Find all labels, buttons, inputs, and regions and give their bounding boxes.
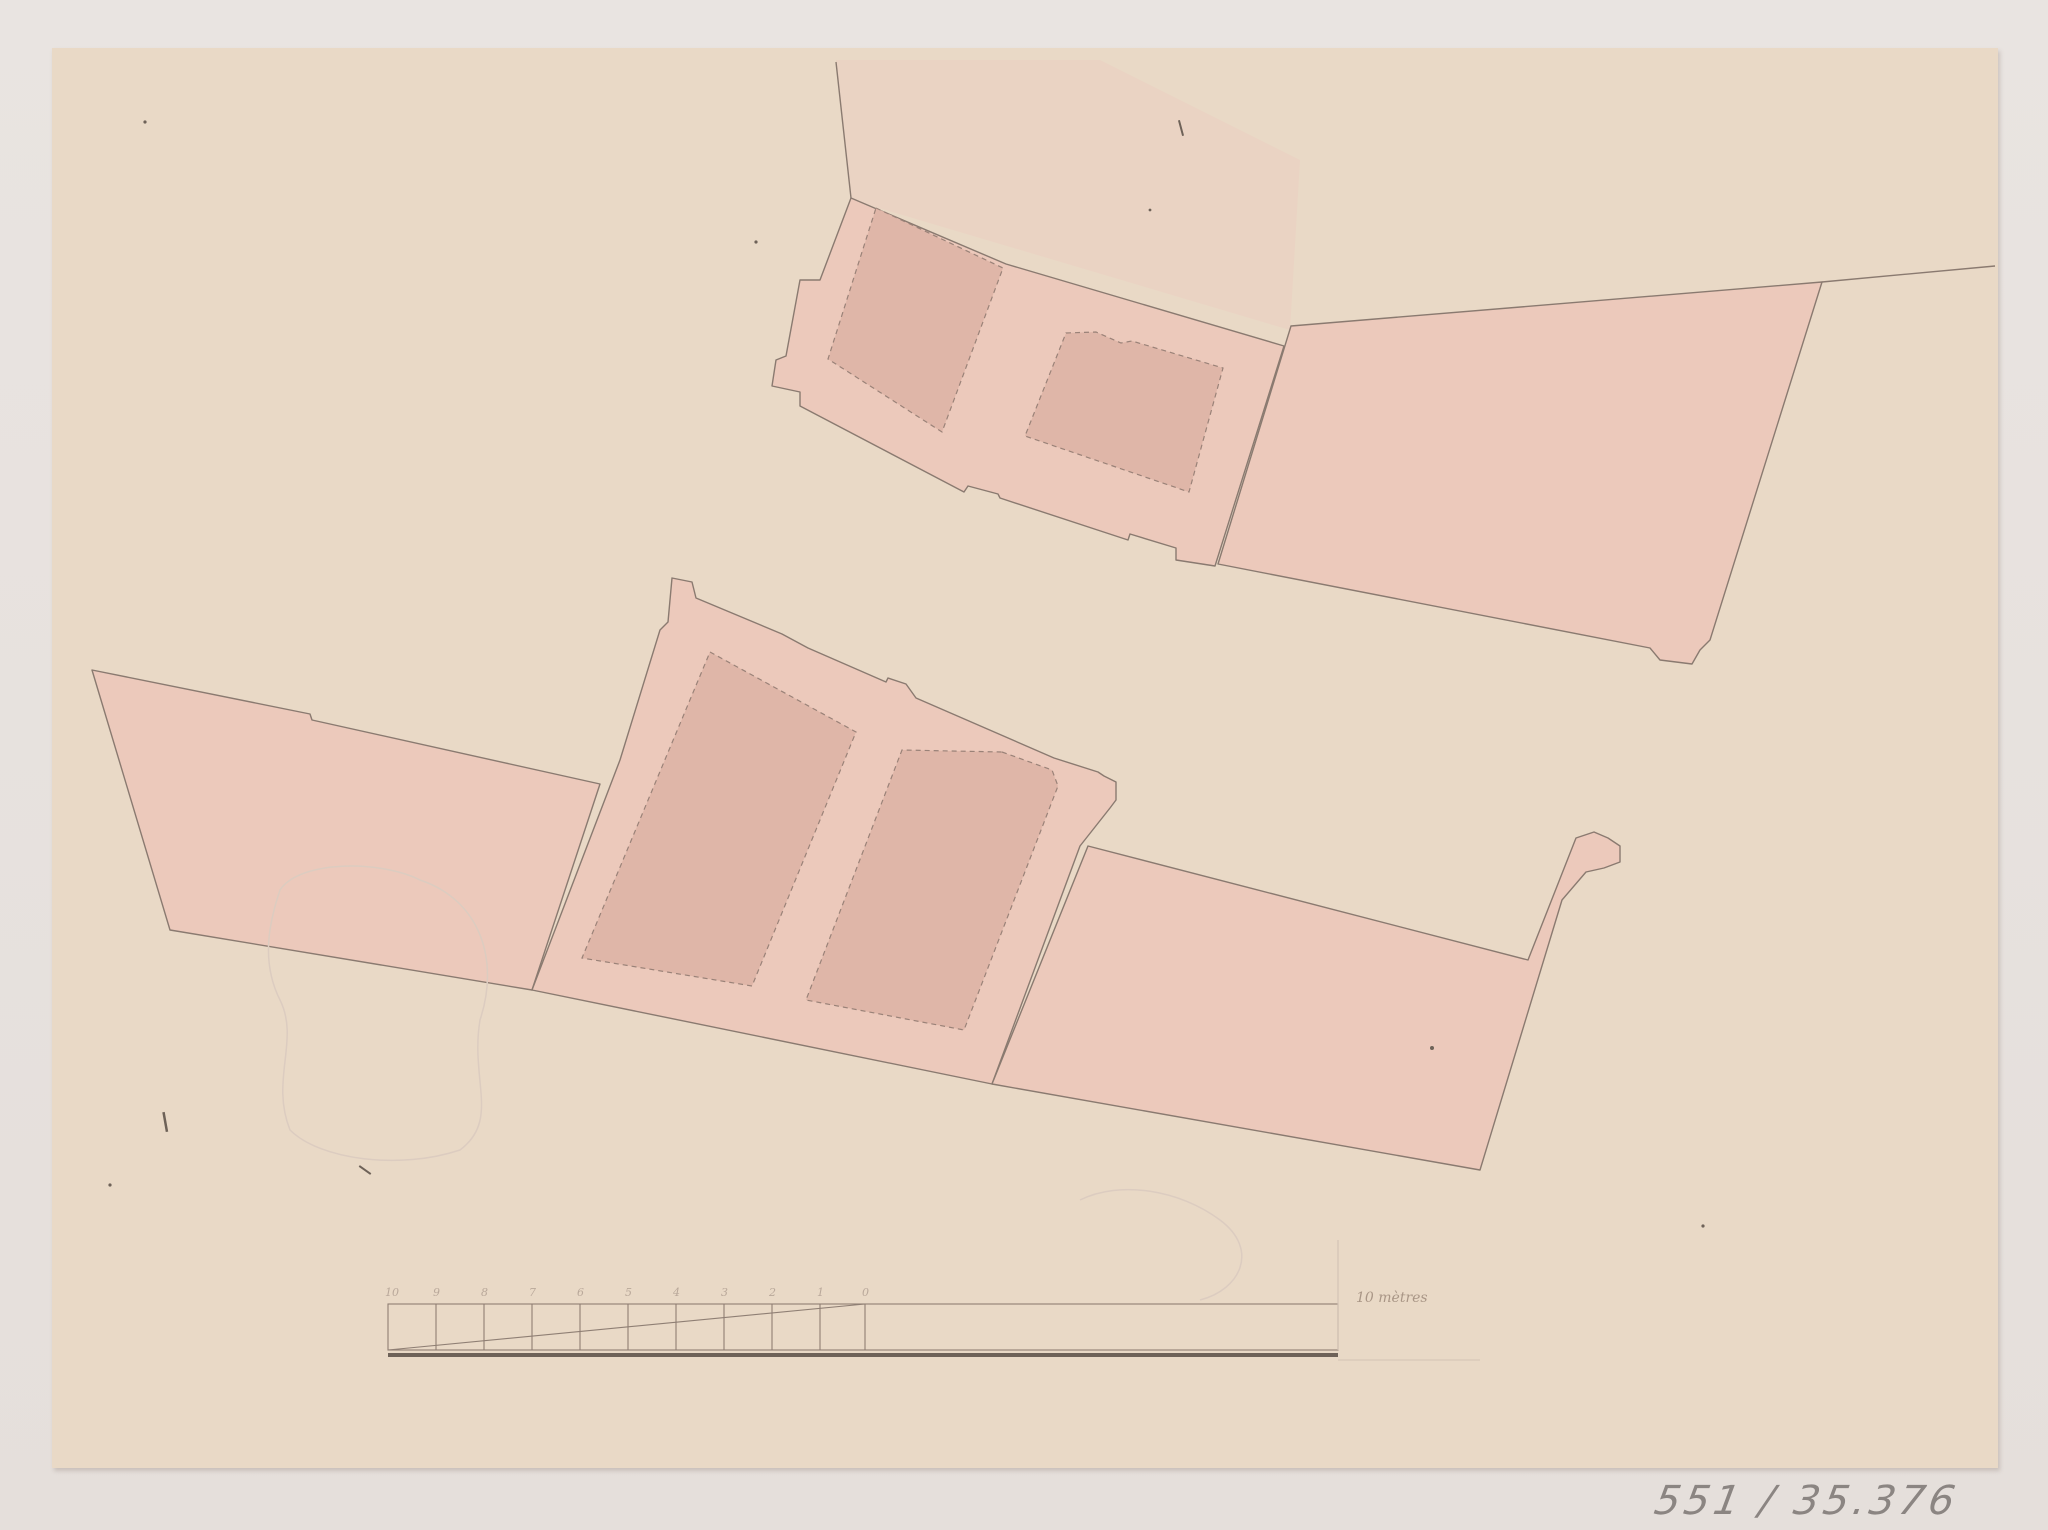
svg-text:2: 2 — [768, 1286, 776, 1299]
svg-text:5: 5 — [625, 1286, 632, 1299]
scale-bar-tick-labels: 10 9 8 7 6 5 4 3 2 1 0 — [385, 1286, 869, 1299]
scale-bar — [388, 1240, 1480, 1360]
svg-text:3: 3 — [721, 1286, 728, 1299]
lower-left-wing — [92, 670, 600, 990]
lower-right-wing — [992, 832, 1620, 1170]
svg-text:6: 6 — [577, 1286, 584, 1299]
scale-unit-label: 10 mètres — [1356, 1290, 1428, 1306]
svg-text:1: 1 — [817, 1286, 824, 1299]
inventory-number: 551 / 35.376 — [1651, 1478, 1962, 1524]
svg-text:8: 8 — [481, 1286, 488, 1299]
svg-text:9: 9 — [433, 1286, 440, 1299]
upper-right-wing — [1218, 282, 1822, 664]
svg-text:7: 7 — [529, 1286, 536, 1299]
architectural-plan: 10 9 8 7 6 5 4 3 2 1 0 10 mètres — [0, 0, 2048, 1530]
svg-text:0: 0 — [862, 1286, 869, 1299]
svg-text:4: 4 — [672, 1286, 680, 1299]
svg-text:10: 10 — [385, 1286, 399, 1299]
